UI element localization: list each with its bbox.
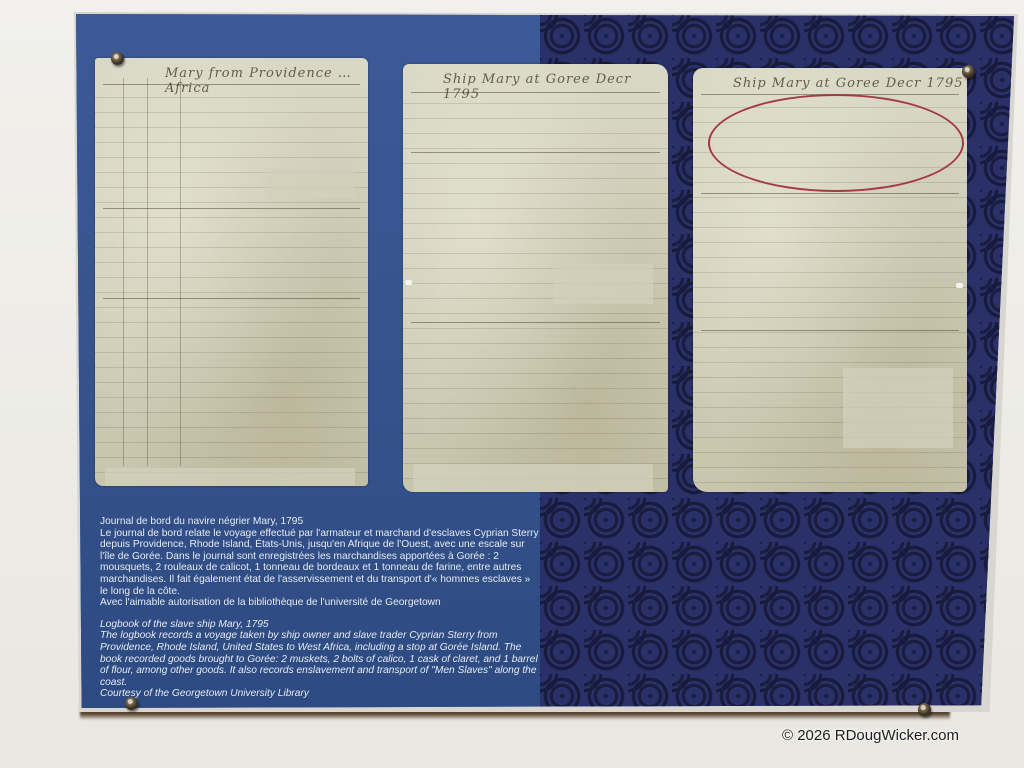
paper-hole: [956, 283, 963, 288]
handwriting: [95, 86, 368, 486]
caption-body-en: The logbook records a voyage taken by sh…: [100, 630, 540, 688]
copyright-watermark: © 2026 RDougWicker.com: [782, 727, 959, 744]
caption-credit-en: Courtesy of the Georgetown University Li…: [100, 688, 540, 700]
mounting-pin: [918, 703, 931, 716]
exhibit-caption: Journal de bord du navire négrier Mary, …: [100, 516, 540, 700]
caption-title-en: Logbook of the slave ship Mary, 1795: [100, 619, 540, 631]
mounting-pin: [111, 52, 124, 65]
paper-hole: [405, 280, 412, 285]
logbook-page-2: Ship Mary at Goree Decr 1795: [403, 64, 668, 492]
mounting-pin: [962, 65, 975, 78]
highlight-oval: [708, 94, 964, 192]
caption-title-fr: Journal de bord du navire négrier Mary, …: [100, 516, 540, 528]
caption-english: Logbook of the slave ship Mary, 1795 The…: [100, 619, 540, 700]
page-header-script: Ship Mary at Goree Decr 1795: [733, 76, 964, 91]
caption-body-fr: Le journal de bord relate le voyage effe…: [100, 528, 540, 598]
logbook-page-1: Mary from Providence … Africa: [95, 58, 368, 486]
caption-credit-fr: Avec l'aimable autorisation de la biblio…: [100, 597, 540, 609]
